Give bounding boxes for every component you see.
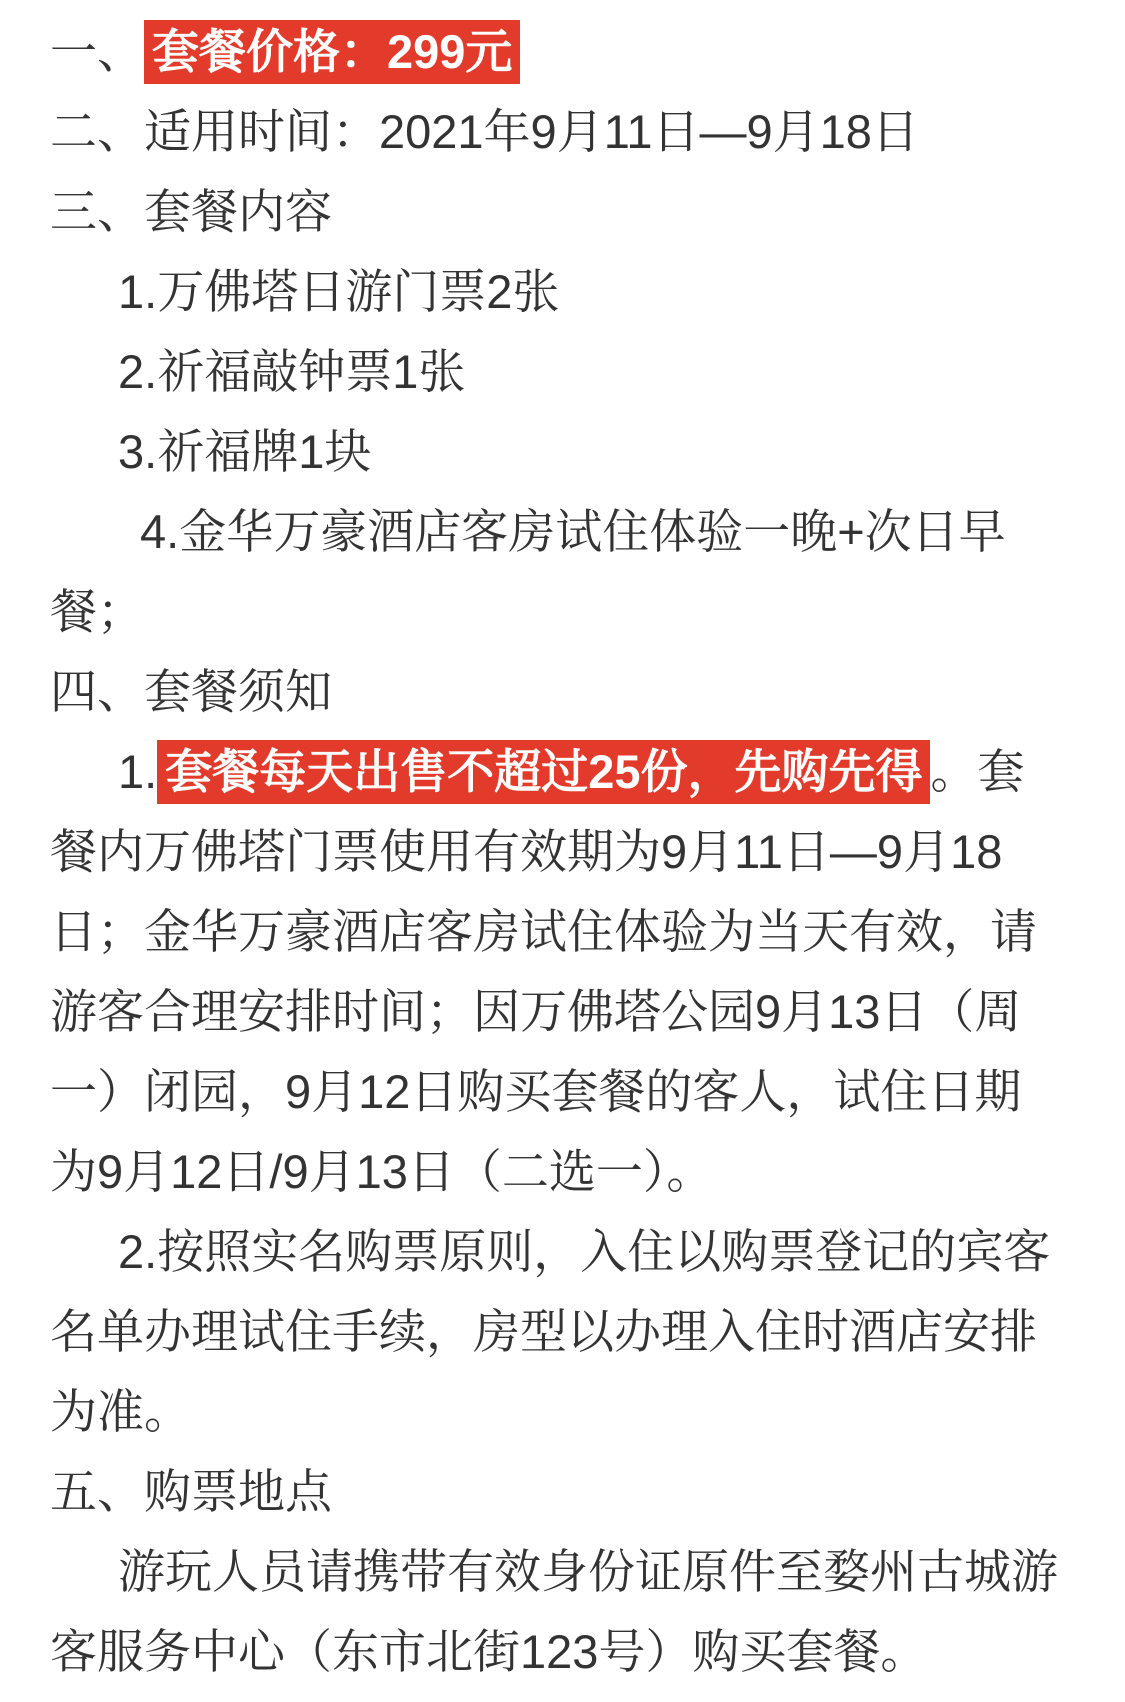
heading-package-contents: 三、套餐内容 (50, 172, 1065, 252)
heading-package-notes: 四、套餐须知 (50, 652, 1065, 732)
package-item-4: 4.金华万豪酒店客房试住体验一晚+次日早餐； (50, 492, 1065, 652)
heading-package-price: 一、套餐价格：299元 (50, 12, 1065, 92)
package-item-2: 2.祈福敲钟票1张 (50, 332, 1065, 412)
price-highlight: 套餐价格：299元 (144, 20, 520, 84)
note-1: 1.套餐每天出售不超过25份，先购先得。套餐内万佛塔门票使用有效期为9月11日—… (50, 732, 1065, 1212)
purchase-instructions: 游玩人员请携带有效身份证原件至婺州古城游客服务中心（东市北街123号）购买套餐。 (50, 1532, 1065, 1692)
note-1-number: 1. (118, 745, 157, 798)
package-item-3: 3.祈福牌1块 (50, 412, 1065, 492)
daily-quota-highlight: 套餐每天出售不超过25份，先购先得 (157, 740, 930, 804)
note-2: 2.按照实名购票原则，入住以购票登记的宾客名单办理试住手续，房型以办理入住时酒店… (50, 1212, 1065, 1452)
article: 一、套餐价格：299元 二、适用时间：2021年9月11日—9月18日 三、套餐… (50, 12, 1065, 1692)
heading-1-marker: 一、 (50, 25, 144, 78)
heading-purchase-location: 五、购票地点 (50, 1452, 1065, 1532)
package-item-1: 1.万佛塔日游门票2张 (50, 252, 1065, 332)
note-1-text: 。套餐内万佛塔门票使用有效期为9月11日—9月18日；金华万豪酒店客房试住体验为… (50, 745, 1037, 1198)
heading-valid-time: 二、适用时间：2021年9月11日—9月18日 (50, 92, 1065, 172)
